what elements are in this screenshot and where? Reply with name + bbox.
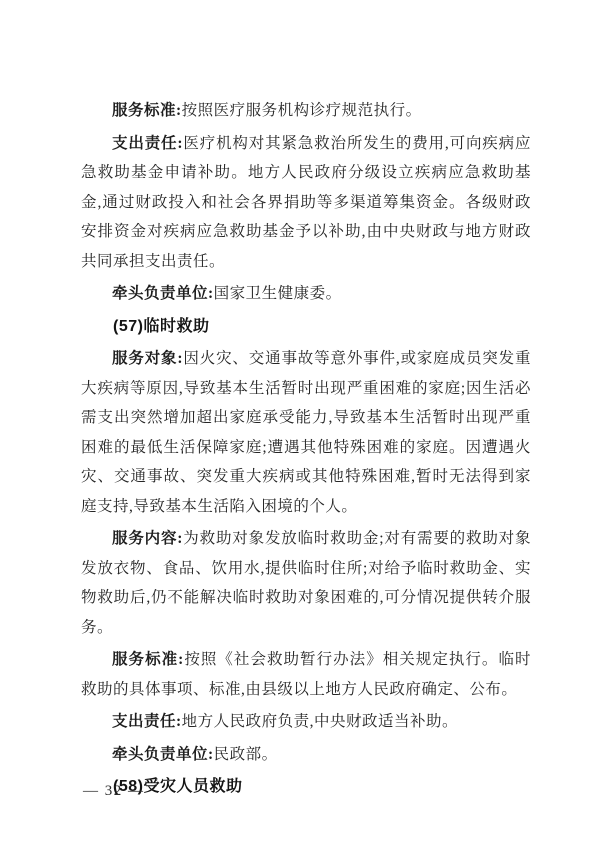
paragraph-text: 民政部。 (214, 746, 278, 763)
paragraph-lead-unit-civil-affairs: 牵头负责单位:民政部。 (81, 740, 531, 770)
paragraph-text: 地方人民政府负责,中央财政适当补助。 (182, 713, 458, 730)
page-number: — 32 — (83, 783, 145, 800)
section-heading-58-disaster-victim-assistance: (58)受灾人员救助 (81, 772, 531, 802)
paragraph-lead-unit-health-commission: 牵头负责单位:国家卫生健康委。 (81, 279, 531, 309)
paragraph-expenditure-responsibility-medical: 支出责任:医疗机构对其紧急救治所发生的费用,可向疾病应急救助基金申请补助。地方人… (81, 129, 531, 277)
paragraph-label: 服务标准: (112, 102, 182, 119)
paragraph-text: 按照医疗服务机构诊疗规范执行。 (182, 102, 422, 119)
document-body: 服务标准:按照医疗服务机构诊疗规范执行。 支出责任:医疗机构对其紧急救治所发生的… (81, 96, 531, 805)
paragraph-text: 国家卫生健康委。 (214, 285, 342, 302)
paragraph-label: 服务标准: (112, 651, 184, 668)
paragraph-text: 医疗机构对其紧急救治所发生的费用,可向疾病应急救助基金申请补助。地方人民政府分级… (81, 135, 531, 270)
paragraph-label: 牵头负责单位: (112, 285, 214, 302)
paragraph-service-standard-medical: 服务标准:按照医疗服务机构诊疗规范执行。 (81, 96, 531, 126)
paragraph-label: 服务对象: (112, 350, 183, 367)
paragraph-expenditure-responsibility-temporary: 支出责任:地方人民政府负责,中央财政适当补助。 (81, 707, 531, 737)
paragraph-service-target: 服务对象:因火灾、交通事故等意外事件,或家庭成员突发重大疾病等原因,导致基本生活… (81, 344, 531, 521)
paragraph-service-content: 服务内容:为救助对象发放临时救助金;对有需要的救助对象发放衣物、食品、饮用水,提… (81, 524, 531, 642)
paragraph-text: 因火灾、交通事故等意外事件,或家庭成员突发重大疾病等原因,导致基本生活暂时出现严… (81, 350, 531, 515)
paragraph-label: 支出责任: (112, 135, 183, 152)
paragraph-service-standard-temporary: 服务标准:按照《社会救助暂行办法》相关规定执行。临时救助的具体事项、标准,由县级… (81, 645, 531, 704)
section-heading-57-temporary-assistance: (57)临时救助 (81, 312, 531, 342)
paragraph-label: 服务内容: (112, 530, 183, 547)
paragraph-label: 支出责任: (112, 713, 182, 730)
document-page: 服务标准:按照医疗服务机构诊疗规范执行。 支出责任:医疗机构对其紧急救治所发生的… (0, 0, 610, 864)
paragraph-label: 牵头负责单位: (112, 746, 214, 763)
